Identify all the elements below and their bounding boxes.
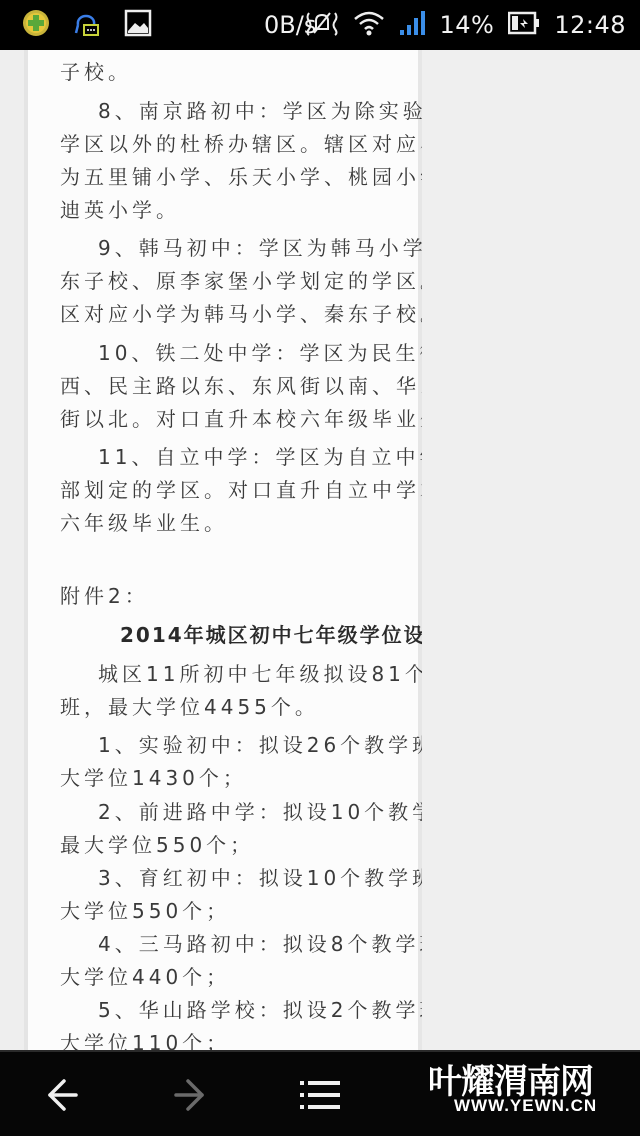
menu-button[interactable] bbox=[270, 1052, 370, 1136]
text-line: 迪英小学。 bbox=[60, 194, 180, 223]
text-line: 大学位550个； bbox=[60, 895, 230, 924]
document-view[interactable]: 子校。 8、南京路初中：学区为除实验初中 学区以外的杜桥办辖区。辖区对应小学 为… bbox=[0, 50, 640, 1050]
360-security-icon bbox=[22, 9, 50, 41]
watermark-logo: 叶耀渭南网 WWW.YEWN.CN bbox=[428, 1064, 628, 1124]
attachment-label: 附件2： bbox=[60, 580, 149, 609]
watermark-url: WWW.YEWN.CN bbox=[454, 1096, 628, 1116]
arrow-right-icon bbox=[172, 1077, 208, 1113]
text-line: 为五里铺小学、乐天小学、桃园小学、 bbox=[60, 161, 468, 190]
text-line: 西、民主路以东、东风街以南、华山大 bbox=[60, 370, 468, 399]
text-line: 最大学位550个； bbox=[60, 829, 254, 858]
text-line: 9、韩马初中：学区为韩马小学、秦 bbox=[98, 232, 475, 261]
battery-charging-icon bbox=[508, 11, 540, 39]
chat-headset-icon bbox=[72, 7, 102, 43]
text-line: 六年级毕业生。 bbox=[60, 507, 228, 536]
right-blank-area bbox=[422, 50, 640, 1050]
text-line: 部划定的学区。对口直升自立中学本校 bbox=[60, 474, 468, 503]
watermark-name: 叶耀渭南网 bbox=[428, 1064, 628, 1100]
wifi-icon bbox=[353, 10, 385, 40]
back-button[interactable] bbox=[12, 1052, 112, 1136]
clock: 12:48 bbox=[554, 11, 626, 39]
text-line: 区对应小学为韩马小学、秦东子校。 bbox=[60, 298, 444, 327]
image-icon bbox=[124, 9, 152, 41]
text-line: 大学位110个； bbox=[60, 1027, 230, 1050]
left-margin bbox=[0, 50, 24, 1050]
text-line: 大学位440个； bbox=[60, 961, 230, 990]
browser-nav-bar: 叶耀渭南网 WWW.YEWN.CN bbox=[0, 1050, 640, 1136]
text-line: 学区以外的杜桥办辖区。辖区对应小学 bbox=[60, 128, 468, 157]
arrow-left-icon bbox=[44, 1077, 80, 1113]
status-bar: 0B/s 14% 12:48 bbox=[0, 0, 640, 50]
document-column: 子校。 8、南京路初中：学区为除实验初中 学区以外的杜桥办辖区。辖区对应小学 为… bbox=[24, 50, 422, 1050]
text-line: 东子校、原李家堡小学划定的学区。辖 bbox=[60, 265, 468, 294]
text-line: 8、南京路初中：学区为除实验初中 bbox=[98, 95, 475, 124]
text-line: 班，最大学位4455个。 bbox=[60, 691, 319, 720]
text-line: 城区11所初中七年级拟设81个教学 bbox=[98, 658, 477, 687]
text-line: 10、铁二处中学：学区为民生街以 bbox=[98, 337, 467, 366]
signal-icon bbox=[399, 10, 425, 40]
text-line: 大学位1430个； bbox=[60, 762, 247, 791]
text-line: 街以北。对口直升本校六年级毕业生。 bbox=[60, 403, 468, 432]
battery-percent: 14% bbox=[439, 11, 494, 39]
text-line: 子校。 bbox=[60, 56, 132, 85]
section-title: 2014年城区初中七年级学位设置 bbox=[120, 619, 448, 648]
list-menu-icon bbox=[298, 1077, 342, 1113]
net-speed: 0B/s bbox=[264, 11, 316, 39]
forward-button[interactable] bbox=[140, 1052, 240, 1136]
